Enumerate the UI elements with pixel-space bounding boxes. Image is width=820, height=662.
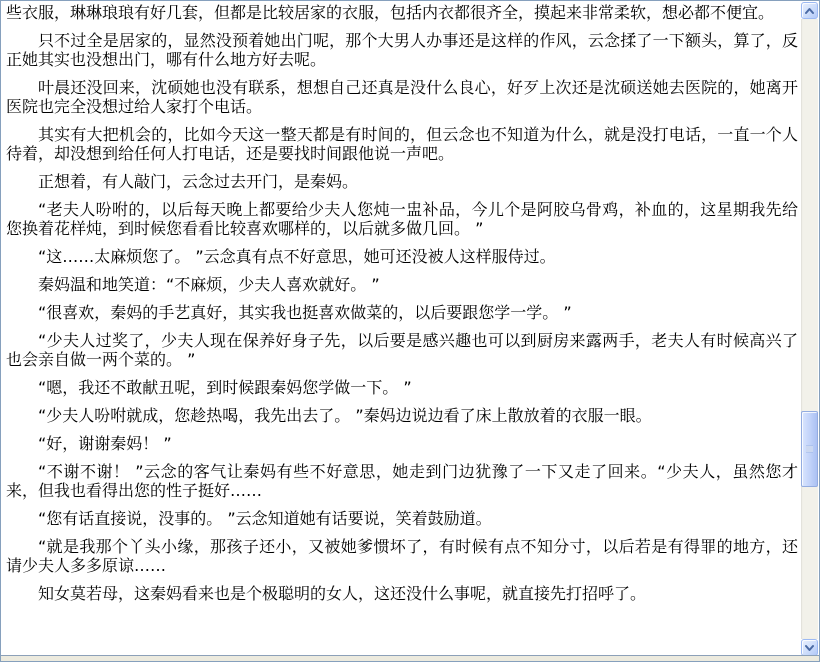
story-paragraph: “很喜欢，秦妈的手艺真好，其实我也挺喜欢做菜的，以后要跟您学一学。 ”: [6, 303, 798, 322]
story-paragraph: 只不过全是居家的，显然没预着她出门呢，那个大男人办事还是这样的作风，云念揉了一下…: [6, 31, 798, 69]
scrollbar-thumb[interactable]: [801, 411, 818, 487]
story-paragraph: 其实有大把机会的，比如今天这一整天都是有时间的，但云念也不知道为什么，就是没打电…: [6, 125, 798, 163]
story-paragraph: 正想着，有人敲门，云念过去开门，是秦妈。: [6, 172, 798, 191]
thumb-grip-icon: [806, 446, 813, 453]
story-paragraph: 知女莫若母，这秦妈看来也是个极聪明的女人，这还没什么事呢，就直接先打招呼了。: [6, 584, 798, 603]
vertical-scrollbar[interactable]: [801, 2, 818, 656]
story-paragraph: 叶晨还没回来，沈硕她也没有联系，想想自己还真是没什么良心，好歹上次还是沈硕送她去…: [6, 78, 798, 116]
reader-window: 些衣服，琳琳琅琅有好几套，但都是比较居家的衣服，包括内衣都很齐全，摸起来非常柔软…: [0, 0, 820, 662]
story-paragraph: “就是我那个丫头小缘，那孩子还小，又被她爹惯坏了，有时候有点不知分寸，以后若是有…: [6, 537, 798, 575]
scroll-up-button[interactable]: [801, 2, 818, 19]
story-text-area: 些衣服，琳琳琅琅有好几套，但都是比较居家的衣服，包括内衣都很齐全，摸起来非常柔软…: [2, 1, 800, 654]
chevron-up-icon: [805, 7, 814, 15]
story-paragraph: “不谢不谢！ ”云念的客气让秦妈有些不好意思，她走到门边犹豫了一下又走了回来。“…: [6, 462, 798, 500]
story-paragraph: “嗯，我还不敢献丑呢，到时候跟秦妈您学做一下。 ”: [6, 378, 798, 397]
window-bottom-edge: [1, 655, 819, 661]
story-paragraph: 秦妈温和地笑道：“不麻烦，少夫人喜欢就好。 ”: [6, 275, 798, 294]
story-paragraph: “少夫人过奖了，少夫人现在保养好身子先，以后要是感兴趣也可以到厨房来露两手，老夫…: [6, 331, 798, 369]
story-paragraph: “您有话直接说，没事的。 ”云念知道她有话要说，笑着鼓励道。: [6, 509, 798, 528]
scroll-down-button[interactable]: [801, 639, 818, 656]
chevron-down-icon: [805, 644, 814, 652]
story-paragraph: “老夫人吩咐的，以后每天晚上都要给少夫人您炖一盅补品，今儿个是阿胶乌骨鸡，补血的…: [6, 200, 798, 238]
story-paragraph: “这……太麻烦您了。 ”云念真有点不好意思，她可还没被人这样服侍过。: [6, 247, 798, 266]
story-paragraph: 些衣服，琳琳琅琅有好几套，但都是比较居家的衣服，包括内衣都很齐全，摸起来非常柔软…: [6, 3, 798, 22]
story-paragraph: “少夫人吩咐就成，您趁热喝，我先出去了。 ”秦妈边说边看了床上散放着的衣服一眼。: [6, 406, 798, 425]
scrollbar-track[interactable]: [801, 19, 818, 639]
story-paragraph: “好，谢谢秦妈！ ”: [6, 434, 798, 453]
